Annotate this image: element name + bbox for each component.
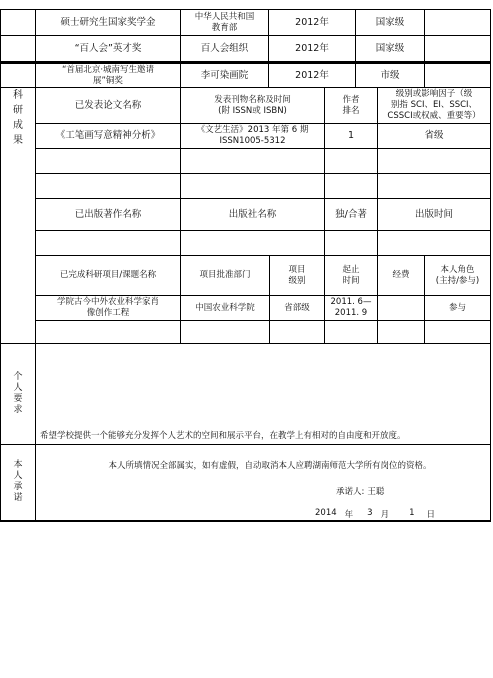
books-header-date: 出版时间 [378, 199, 490, 230]
row-divider [0, 444, 491, 445]
award-year: 2012年 [269, 64, 355, 87]
row-divider [35, 320, 491, 321]
award-year: 2012年 [269, 10, 355, 35]
award-issuer: 李可染画院 [181, 64, 268, 87]
projects-header-period: 起止 时间 [325, 256, 377, 295]
award-level: 国家级 [356, 10, 424, 35]
project-level: 省部级 [270, 296, 324, 320]
award-level: 国家级 [356, 36, 424, 61]
projects-header-level: 项目 级别 [270, 256, 324, 295]
paper-rank: 1 [325, 124, 377, 148]
signer-name: 王聪 [367, 485, 384, 497]
pledge-text: 本人所填情况全部属实，如有虚假，自动取消本人应聘湖南师范大学所有岗位的资格。 [70, 458, 470, 474]
paper-title: 《工笔画写意精神分析》 [36, 124, 180, 148]
paper-journal: 《文艺生活》2013 年第 6 期 ISSN1005-5312 [181, 124, 324, 148]
books-header-authorship: 独/合著 [325, 199, 377, 230]
section-label-pledge: 本人承诺 [11, 460, 25, 504]
papers-header-level: 级别或影响因子（级 别指 SCI、EI、SSCI、 CSSCI或权威、重要等） [378, 88, 490, 123]
year-label: 年 [345, 508, 354, 520]
project-role: 参与 [425, 296, 490, 320]
award-name: 硕士研究生国家奖学金 [36, 10, 180, 35]
project-dept: 中国农业科学院 [181, 296, 269, 320]
award-name: “百人会”英才奖 [36, 36, 180, 61]
award-year: 2012年 [269, 36, 355, 61]
papers-header-title: 已发表论文名称 [36, 88, 180, 123]
date-month: 3 [367, 508, 372, 520]
project-funding [378, 296, 424, 320]
books-header-title: 已出版著作名称 [36, 199, 180, 230]
papers-header-journal: 发表刊物名称及时间 (附 ISSN或 ISBN) [181, 88, 324, 123]
paper-level: 省级 [378, 124, 490, 148]
project-name: 学院古今中外农业科学家肖 像创作工程 [36, 296, 180, 320]
row-divider [35, 230, 491, 231]
date-day: 1 [409, 508, 414, 520]
personal-request-text: 希望学校提供一个能够充分发挥个人艺术的空间和展示平台，在教学上有相对的自由度和开… [40, 412, 490, 442]
pledge-date: 2014 年 3 月 1 日 [315, 508, 435, 520]
col-divider [424, 9, 425, 88]
day-label: 日 [427, 508, 436, 520]
projects-header-funding: 经费 [378, 256, 424, 295]
section-label-research: 科研成果 [11, 88, 25, 148]
month-label: 月 [381, 508, 390, 520]
papers-header-rank: 作者 排名 [325, 88, 377, 123]
date-year: 2014 [315, 508, 337, 520]
award-issuer: 百人会组织 [181, 36, 268, 61]
row-divider [35, 148, 491, 149]
award-name: “首届北京·城南写生邀请 展”铜奖 [36, 64, 180, 87]
projects-header-role: 本人角色 (主持/参与) [425, 256, 490, 295]
projects-header-dept: 项目批准部门 [181, 256, 269, 295]
signer-label: 承诺人: [336, 485, 364, 497]
row-divider [35, 173, 491, 174]
section-label-personal-request: 个人要求 [11, 372, 25, 416]
award-level: 市级 [356, 64, 424, 87]
projects-header-name: 已完成科研项目/课题名称 [36, 256, 180, 295]
row-divider [0, 343, 491, 344]
award-issuer: 中华人民共和国 教育部 [181, 10, 268, 35]
pledge-signer: 承诺人: 王聪 [336, 485, 384, 497]
table-border-bottom [0, 520, 491, 522]
project-period: 2011. 6— 2011. 9 [325, 296, 377, 320]
books-header-publisher: 出版社名称 [181, 199, 324, 230]
